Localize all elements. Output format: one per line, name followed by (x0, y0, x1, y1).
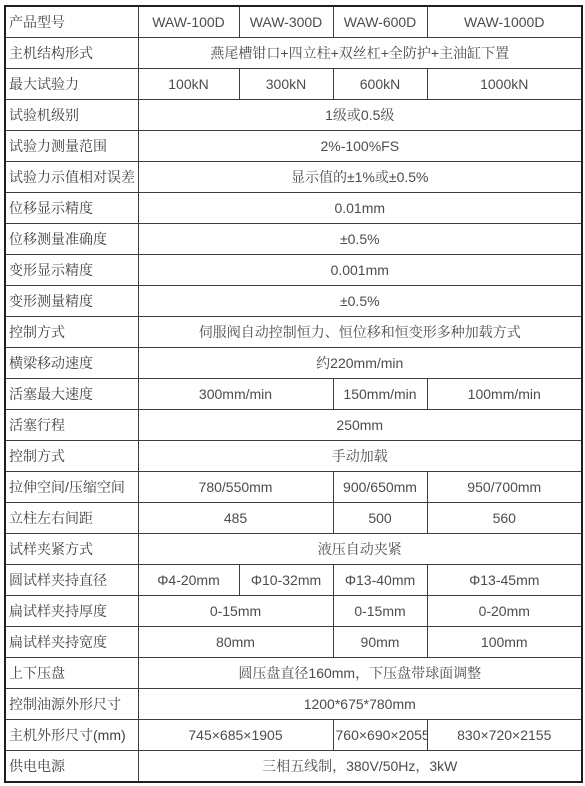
spec-value-cell: ±0.5% (138, 224, 582, 255)
spec-label-cell: 主机结构形式 (5, 38, 138, 69)
spec-label-cell: 扁试样夹持厚度 (5, 596, 138, 627)
table-row: 试样夹紧方式液压自动夹紧 (5, 534, 582, 565)
spec-value-cell: 伺服阀自动控制恒力、恒位移和恒变形多种加载方式 (138, 317, 582, 348)
spec-value-cell: 600kN (333, 69, 427, 100)
table-row: 控制方式手动加载 (5, 441, 582, 472)
spec-value-cell: Φ10-32mm (239, 565, 333, 596)
spec-value-cell: 760×690×2055 (333, 720, 427, 751)
spec-value-cell: 80mm (138, 627, 333, 658)
spec-value-cell: 250mm (138, 410, 582, 441)
spec-value-cell: 1级或0.5级 (138, 100, 582, 131)
spec-label-cell: 试样夹紧方式 (5, 534, 138, 565)
spec-value-cell: 0-15mm (333, 596, 427, 627)
spec-value-cell: 液压自动夹紧 (138, 534, 582, 565)
table-row: 供电电源三相五线制，380V/50Hz，3kW (5, 751, 582, 783)
spec-value-cell: 485 (138, 503, 333, 534)
table-row: 变形测量精度±0.5% (5, 286, 582, 317)
spec-value-cell: 1200*675*780mm (138, 689, 582, 720)
spec-label-cell: 主机外形尺寸(mm) (5, 720, 138, 751)
table-row: 控制方式伺服阀自动控制恒力、恒位移和恒变形多种加载方式 (5, 317, 582, 348)
table-row: 上下压盘圆压盘直径160mm，下压盘带球面调整 (5, 658, 582, 689)
spec-value-cell: WAW-300D (239, 6, 333, 38)
spec-label-cell: 最大试验力 (5, 69, 138, 100)
table-row: 位移显示精度0.01mm (5, 193, 582, 224)
spec-label-cell: 试验力测量范围 (5, 131, 138, 162)
table-row: 横梁移动速度约220mm/min (5, 348, 582, 379)
spec-value-cell: 2%-100%FS (138, 131, 582, 162)
table-row: 试验力测量范围2%-100%FS (5, 131, 582, 162)
spec-value-cell: 圆压盘直径160mm，下压盘带球面调整 (138, 658, 582, 689)
table-row: 控制油源外形尺寸1200*675*780mm (5, 689, 582, 720)
spec-value-cell: WAW-1000D (427, 6, 582, 38)
table-row: 活塞最大速度300mm/min150mm/min100mm/min (5, 379, 582, 410)
table-row: 最大试验力100kN300kN600kN1000kN (5, 69, 582, 100)
table-row: 立柱左右间距485500560 (5, 503, 582, 534)
spec-value-cell: 0-20mm (427, 596, 582, 627)
spec-value-cell: 燕尾槽钳口+四立柱+双丝杠+全防护+主油缸下置 (138, 38, 582, 69)
spec-label-cell: 拉伸空间/压缩空间 (5, 472, 138, 503)
spec-page: 产品型号WAW-100DWAW-300DWAW-600DWAW-1000D主机结… (0, 0, 585, 786)
spec-value-cell: 100kN (138, 69, 239, 100)
spec-label-cell: 圆试样夹持直径 (5, 565, 138, 596)
spec-table-body: 产品型号WAW-100DWAW-300DWAW-600DWAW-1000D主机结… (5, 6, 582, 782)
spec-value-cell: 300kN (239, 69, 333, 100)
spec-value-cell: 560 (427, 503, 582, 534)
spec-value-cell: 900/650mm (333, 472, 427, 503)
spec-value-cell: 0.001mm (138, 255, 582, 286)
spec-value-cell: 745×685×1905 (138, 720, 333, 751)
spec-label-cell: 试验力示值相对误差 (5, 162, 138, 193)
spec-label-cell: 供电电源 (5, 751, 138, 783)
spec-label-cell: 立柱左右间距 (5, 503, 138, 534)
table-row: 扁试样夹持厚度0-15mm0-15mm0-20mm (5, 596, 582, 627)
spec-value-cell: WAW-100D (138, 6, 239, 38)
table-row: 圆试样夹持直径Φ4-20mmΦ10-32mmΦ13-40mmΦ13-45mm (5, 565, 582, 596)
spec-label-cell: 活塞行程 (5, 410, 138, 441)
table-row: 试验力示值相对误差显示值的±1%或±0.5% (5, 162, 582, 193)
spec-label-cell: 活塞最大速度 (5, 379, 138, 410)
table-row: 扁试样夹持宽度80mm90mm100mm (5, 627, 582, 658)
spec-value-cell: 150mm/min (333, 379, 427, 410)
spec-value-cell: 100mm/min (427, 379, 582, 410)
spec-value-cell: 500 (333, 503, 427, 534)
spec-value-cell: 1000kN (427, 69, 582, 100)
spec-label-cell: 位移显示精度 (5, 193, 138, 224)
spec-value-cell: 约220mm/min (138, 348, 582, 379)
spec-value-cell: 950/700mm (427, 472, 582, 503)
spec-label-cell: 控制油源外形尺寸 (5, 689, 138, 720)
table-row: 产品型号WAW-100DWAW-300DWAW-600DWAW-1000D (5, 6, 582, 38)
spec-label-cell: 变形测量精度 (5, 286, 138, 317)
table-row: 活塞行程250mm (5, 410, 582, 441)
table-row: 拉伸空间/压缩空间780/550mm900/650mm950/700mm (5, 472, 582, 503)
spec-label-cell: 控制方式 (5, 441, 138, 472)
spec-label-cell: 产品型号 (5, 6, 138, 38)
spec-label-cell: 试验机级别 (5, 100, 138, 131)
spec-label-cell: 扁试样夹持宽度 (5, 627, 138, 658)
spec-value-cell: ±0.5% (138, 286, 582, 317)
table-row: 位移测量准确度±0.5% (5, 224, 582, 255)
spec-value-cell: WAW-600D (333, 6, 427, 38)
spec-value-cell: 100mm (427, 627, 582, 658)
spec-value-cell: 0-15mm (138, 596, 333, 627)
table-row: 主机结构形式燕尾槽钳口+四立柱+双丝杠+全防护+主油缸下置 (5, 38, 582, 69)
spec-label-cell: 横梁移动速度 (5, 348, 138, 379)
spec-label-cell: 控制方式 (5, 317, 138, 348)
spec-value-cell: Φ13-45mm (427, 565, 582, 596)
spec-value-cell: 90mm (333, 627, 427, 658)
spec-table: 产品型号WAW-100DWAW-300DWAW-600DWAW-1000D主机结… (4, 5, 583, 783)
spec-value-cell: 830×720×2155 (427, 720, 582, 751)
spec-value-cell: 显示值的±1%或±0.5% (138, 162, 582, 193)
spec-value-cell: Φ4-20mm (138, 565, 239, 596)
spec-value-cell: 0.01mm (138, 193, 582, 224)
spec-value-cell: 300mm/min (138, 379, 333, 410)
spec-value-cell: 手动加载 (138, 441, 582, 472)
spec-value-cell: 780/550mm (138, 472, 333, 503)
table-row: 试验机级别1级或0.5级 (5, 100, 582, 131)
spec-label-cell: 变形显示精度 (5, 255, 138, 286)
table-row: 变形显示精度0.001mm (5, 255, 582, 286)
table-row: 主机外形尺寸(mm)745×685×1905760×690×2055830×72… (5, 720, 582, 751)
spec-label-cell: 上下压盘 (5, 658, 138, 689)
spec-value-cell: Φ13-40mm (333, 565, 427, 596)
spec-value-cell: 三相五线制，380V/50Hz，3kW (138, 751, 582, 783)
spec-label-cell: 位移测量准确度 (5, 224, 138, 255)
